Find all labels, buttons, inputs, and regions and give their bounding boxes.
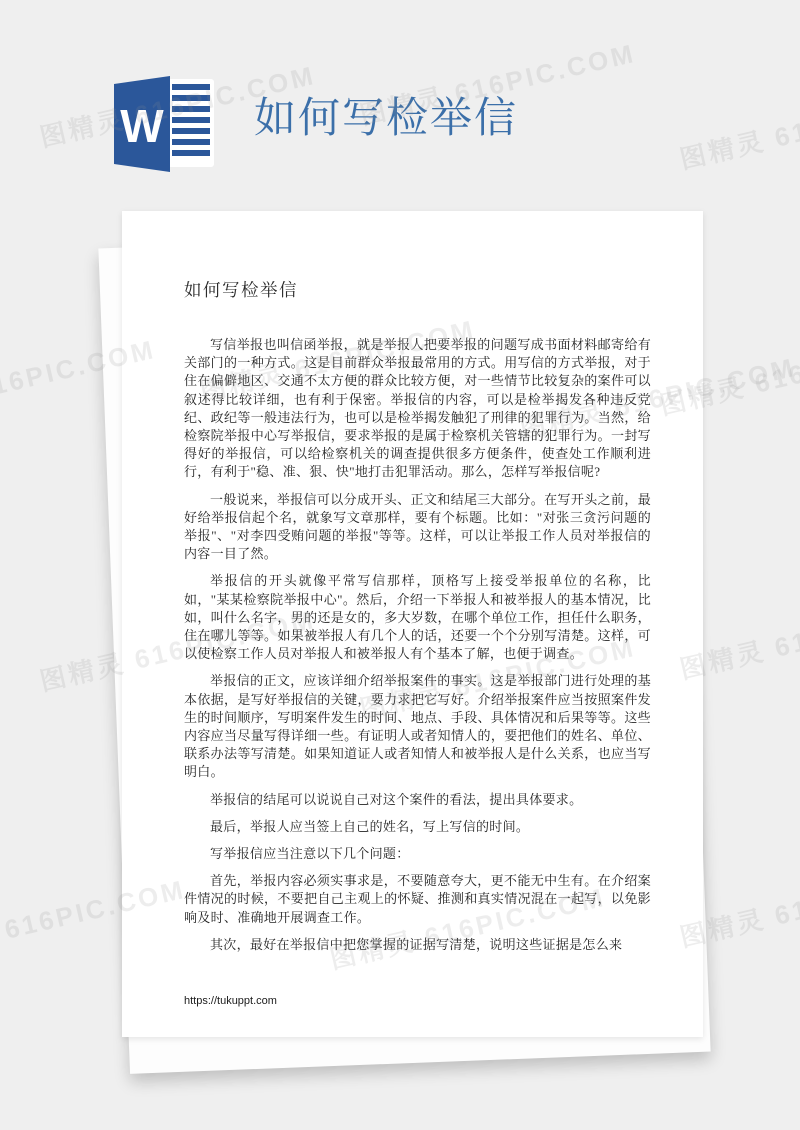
document-paragraph: 其次，最好在举报信中把您掌握的证据写清楚，说明这些证据是怎么来 bbox=[184, 936, 651, 954]
document-footer-link[interactable]: https://tukuppt.com bbox=[184, 995, 277, 1007]
document-paragraph: 写信举报也叫信函举报，就是举报人把要举报的问题写成书面材料邮寄给有关部门的一种方… bbox=[184, 336, 651, 482]
page-background: W 如何写检举信 如何写检举信 写信举报也叫信函举报，就是举报人把要举报的问题写… bbox=[0, 0, 800, 1130]
header: W 如何写检举信 bbox=[0, 0, 800, 200]
document-paragraph: 写举报信应当注意以下几个问题： bbox=[184, 845, 651, 863]
document-paragraph: 举报信的正文，应该详细介绍举报案件的事实。这是举报部门进行处理的基本依据，是写好… bbox=[184, 672, 651, 781]
document-paragraph: 举报信的开头就像平常写信那样，顶格写上接受举报单位的名称，比如，"某某检察院举报… bbox=[184, 572, 651, 663]
document-body: 写信举报也叫信函举报，就是举报人把要举报的问题写成书面材料邮寄给有关部门的一种方… bbox=[184, 336, 651, 954]
document-title: 如何写检举信 bbox=[184, 277, 651, 302]
document-paragraph: 首先，举报内容必须实事求是，不要随意夸大，更不能无中生有。在介绍案件情况的时候，… bbox=[184, 872, 651, 927]
document-page: 如何写检举信 写信举报也叫信函举报，就是举报人把要举报的问题写成书面材料邮寄给有… bbox=[122, 211, 703, 1037]
page-title: 如何写检举信 bbox=[254, 88, 518, 148]
word-icon: W bbox=[112, 74, 218, 174]
document-paragraph: 举报信的结尾可以说说自己对这个案件的看法，提出具体要求。 bbox=[184, 791, 651, 809]
document-paragraph: 一般说来，举报信可以分成开头、正文和结尾三大部分。在写开头之前，最好给举报信起个… bbox=[184, 491, 651, 564]
word-icon-letter: W bbox=[120, 100, 164, 152]
document-paragraph: 最后，举报人应当签上自己的姓名，写上写信的时间。 bbox=[184, 818, 651, 836]
